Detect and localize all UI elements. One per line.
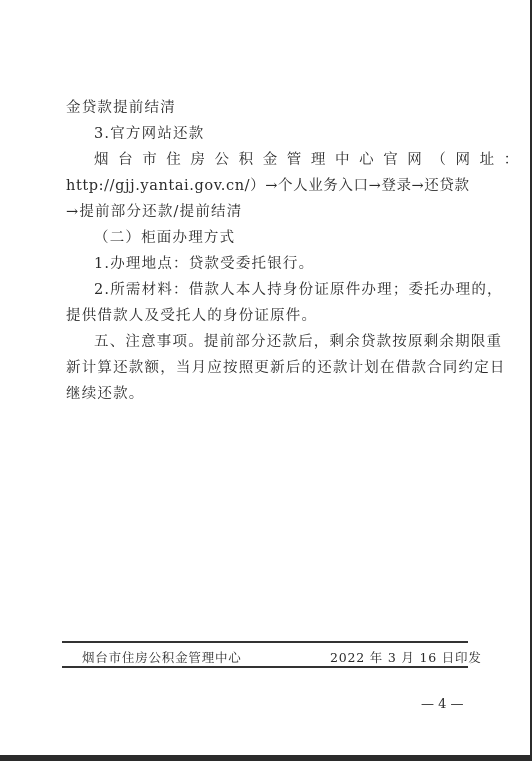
body-line-notes: 五、注意事项。提前部分还款后，剩余贷款按原剩余期限重 (94, 332, 502, 352)
body-line-website-intro: 烟台市住房公积金管理中心官网（网址： (94, 150, 528, 170)
body-line-website-path: http://gjj.yantai.gov.cn/）→个人业务入口→登录→还贷款 (66, 176, 470, 196)
body-line-notes-cont: 新计算还款额，当月应按照更新后的还款计划在借款合同约定日 (66, 358, 506, 378)
document-page: 金贷款提前结清 3.官方网站还款 烟台市住房公积金管理中心官网（网址： http… (0, 0, 530, 755)
body-line-loan-settlement: 金贷款提前结清 (66, 98, 176, 118)
body-line-materials: 2.所需材料：借款人本人持身份证原件办理；委托办理的， (94, 280, 503, 300)
footer-issuer: 烟台市住房公积金管理中心 (82, 650, 242, 666)
body-line-notes-end: 继续还款。 (66, 384, 145, 404)
body-line-materials-cont: 提供借款人及受托人的身份证原件。 (66, 306, 317, 326)
page-number: — 4 — (421, 697, 464, 713)
section-heading-official-website: 3.官方网站还款 (94, 124, 204, 144)
body-line-website-path-end: →提前部分还款/提前结清 (66, 202, 242, 222)
section-heading-counter: （二）柜面办理方式 (94, 228, 235, 248)
footer-top-rule (62, 641, 468, 643)
footer-issue-date: 2022 年 3 月 16 日印发 (330, 650, 482, 666)
body-line-location: 1.办理地点：贷款受委托银行。 (94, 254, 314, 274)
footer-bottom-rule (62, 666, 468, 668)
